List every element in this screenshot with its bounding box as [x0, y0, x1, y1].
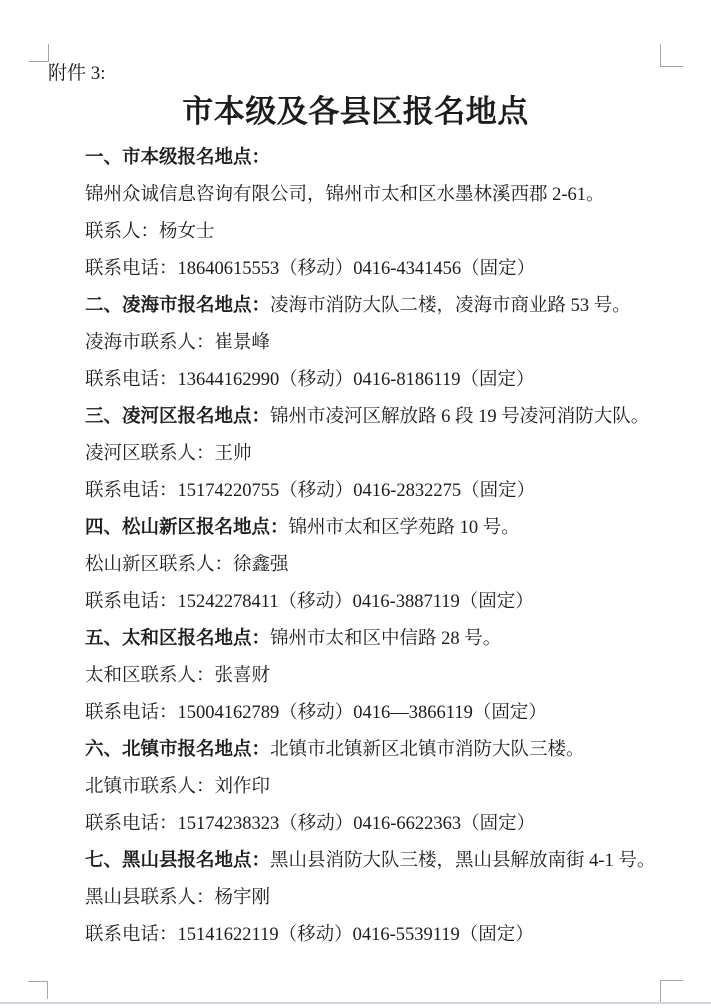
phone-line: 联系电话：15174220755（移动）0416-2832275（固定）: [85, 473, 693, 510]
section-beizhen: 六、北镇市报名地点：北镇市北镇新区北镇市消防大队三楼。 北镇市联系人：刘作印 联…: [85, 732, 693, 843]
document-body: 一、市本级报名地点： 锦州众诚信息咨询有限公司，锦州市太和区水墨林溪西郡 2-6…: [85, 140, 693, 954]
phone-line: 联系电话：15174238323（移动）0416-6622363（固定）: [85, 806, 693, 843]
text-boundary-mark-bottom-left: [28, 981, 48, 999]
section-heading-text: 锦州市太和区学苑路 10 号。: [289, 518, 520, 538]
section-heading: 二、凌海市报名地点：凌海市消防大队二楼，凌海市商业路 53 号。: [85, 288, 693, 325]
phone-line: 联系电话：15004162789（移动）0416—3866119（固定）: [85, 695, 693, 732]
section-heading: 四、松山新区报名地点：锦州市太和区学苑路 10 号。: [85, 510, 693, 547]
section-heading-text: 锦州市凌河区解放路 6 段 19 号凌河消防大队。: [270, 407, 649, 427]
contact-line: 黑山县联系人：杨宇刚: [85, 880, 693, 917]
section-heading: 七、黑山县报名地点：黑山县消防大队三楼，黑山县解放南街 4-1 号。: [85, 843, 693, 880]
attachment-label: 附件 3:: [48, 62, 106, 86]
section-heading-text: 黑山县消防大队三楼，黑山县解放南街 4-1 号。: [270, 851, 655, 871]
section-heading-label: 五、太和区报名地点：: [85, 629, 270, 649]
phone-line: 联系电话：15242278411（移动）0416-3887119（固定）: [85, 584, 693, 621]
section-heading-label: 二、凌海市报名地点：: [85, 296, 270, 316]
section-heading-text: 凌海市消防大队二楼，凌海市商业路 53 号。: [270, 296, 631, 316]
contact-line: 凌河区联系人：王帅: [85, 436, 693, 473]
section-heading-label: 六、北镇市报名地点：: [85, 740, 270, 760]
section-heading: 一、市本级报名地点：: [85, 140, 693, 177]
section-heading-text: 锦州市太和区中信路 28 号。: [270, 629, 501, 649]
section-songshan: 四、松山新区报名地点：锦州市太和区学苑路 10 号。 松山新区联系人：徐鑫强 联…: [85, 510, 693, 621]
section-heading-label: 三、凌河区报名地点：: [85, 407, 270, 427]
section-heading: 六、北镇市报名地点：北镇市北镇新区北镇市消防大队三楼。: [85, 732, 693, 769]
phone-line: 联系电话：15141622119（移动）0416-5539119（固定）: [85, 917, 693, 954]
section-city-level: 一、市本级报名地点： 锦州众诚信息咨询有限公司，锦州市太和区水墨林溪西郡 2-6…: [85, 140, 693, 288]
text-boundary-mark-bottom-right: [660, 980, 683, 1004]
contact-line: 北镇市联系人：刘作印: [85, 769, 693, 806]
phone-line: 联系电话：18640615553（移动）0416-4341456（固定）: [85, 251, 693, 288]
section-heishan: 七、黑山县报名地点：黑山县消防大队三楼，黑山县解放南街 4-1 号。 黑山县联系…: [85, 843, 693, 954]
section-linghai: 二、凌海市报名地点：凌海市消防大队二楼，凌海市商业路 53 号。 凌海市联系人：…: [85, 288, 693, 399]
contact-line: 联系人：杨女士: [85, 214, 693, 251]
section-heading-text: 北镇市北镇新区北镇市消防大队三楼。: [270, 740, 585, 760]
section-heading: 五、太和区报名地点：锦州市太和区中信路 28 号。: [85, 621, 693, 658]
document-page: 附件 3: 市本级及各县区报名地点 一、市本级报名地点： 锦州众诚信息咨询有限公…: [0, 0, 711, 1008]
section-heading-label: 一、市本级报名地点：: [85, 148, 270, 168]
contact-line: 太和区联系人：张喜财: [85, 658, 693, 695]
section-taihe: 五、太和区报名地点：锦州市太和区中信路 28 号。 太和区联系人：张喜财 联系电…: [85, 621, 693, 732]
address-line: 锦州众诚信息咨询有限公司，锦州市太和区水墨林溪西郡 2-61。: [85, 177, 693, 214]
section-heading: 三、凌河区报名地点：锦州市凌河区解放路 6 段 19 号凌河消防大队。: [85, 399, 693, 436]
text-boundary-mark-top-right: [660, 44, 683, 67]
contact-line: 松山新区联系人：徐鑫强: [85, 547, 693, 584]
phone-line: 联系电话：13644162990（移动）0416-8186119（固定）: [85, 362, 693, 399]
section-heading-label: 七、黑山县报名地点：: [85, 851, 270, 871]
page-edge-divider: [0, 1002, 711, 1004]
section-heading-label: 四、松山新区报名地点：: [85, 518, 289, 538]
page-title: 市本级及各县区报名地点: [0, 91, 711, 133]
contact-line: 凌海市联系人：崔景峰: [85, 325, 693, 362]
section-linghe: 三、凌河区报名地点：锦州市凌河区解放路 6 段 19 号凌河消防大队。 凌河区联…: [85, 399, 693, 510]
text-boundary-mark-top-left: [29, 44, 49, 62]
